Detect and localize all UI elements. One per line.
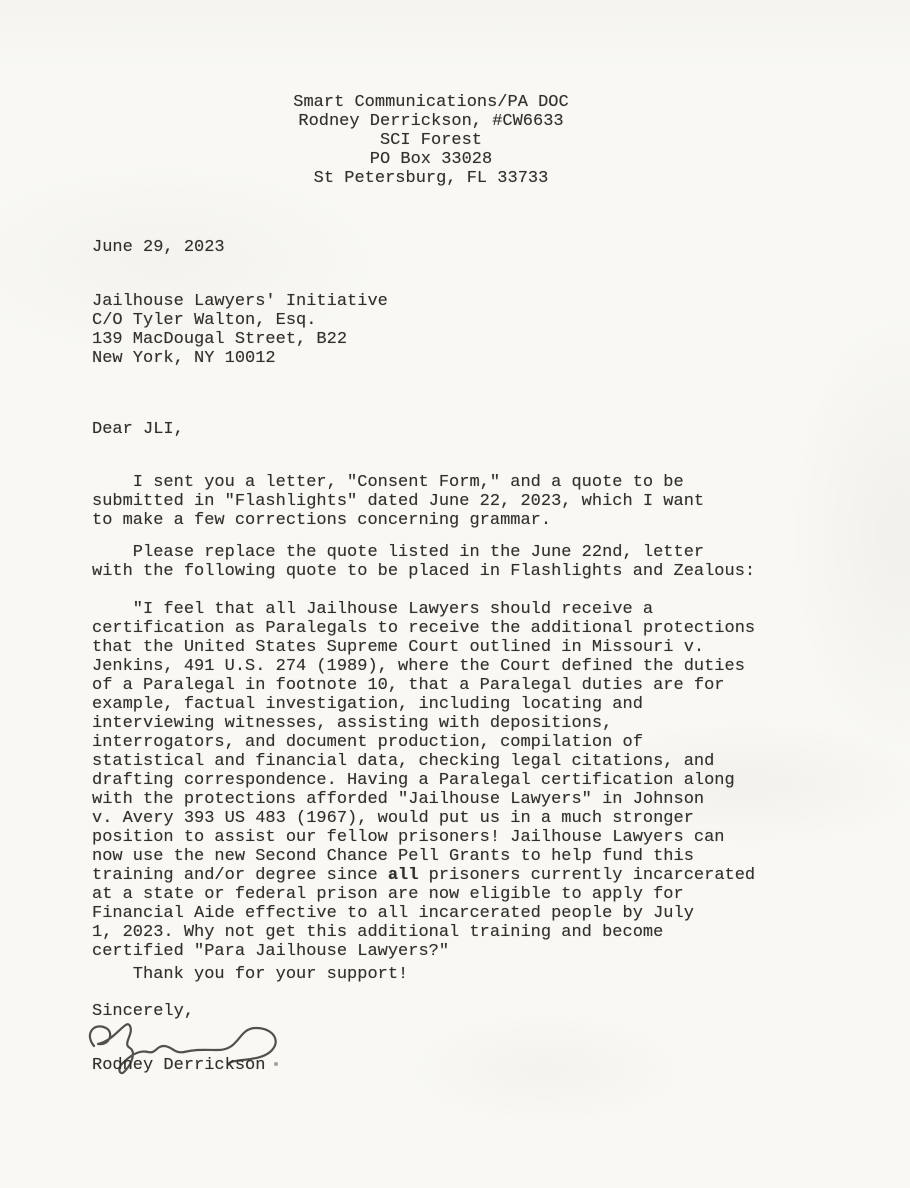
sender-line-pobox: PO Box 33028 — [95, 150, 767, 169]
thanks-line: Thank you for your support! — [92, 965, 408, 984]
sender-line-name: Rodney Derrickson, #CW6633 — [95, 112, 767, 131]
quote-text-part1: "I feel that all Jailhouse Lawyers shoul… — [92, 600, 755, 885]
scanned-letter-page: Smart Communications/PA DOC Rodney Derri… — [0, 0, 910, 1188]
recipient-line-street: 139 MacDougal Street, B22 — [92, 330, 388, 349]
sender-line-service: Smart Communications/PA DOC — [95, 93, 767, 112]
salutation: Dear JLI, — [92, 420, 184, 439]
recipient-address-block: Jailhouse Lawyers' Initiative C/O Tyler … — [92, 292, 388, 368]
recipient-line-org: Jailhouse Lawyers' Initiative — [92, 292, 388, 311]
sender-line-city: St Petersburg, FL 33733 — [95, 169, 767, 188]
stray-ink-dot — [274, 1062, 278, 1066]
date-line: June 29, 2023 — [92, 238, 225, 257]
paragraph-quote-body: "I feel that all Jailhouse Lawyers shoul… — [92, 600, 755, 961]
recipient-line-care-of: C/O Tyler Walton, Esq. — [92, 311, 388, 330]
quote-bold-word: all — [388, 866, 419, 885]
sender-line-facility: SCI Forest — [95, 131, 767, 150]
sender-address-block: Smart Communications/PA DOC Rodney Derri… — [95, 93, 767, 188]
paragraph-corrections-intro: I sent you a letter, "Consent Form," and… — [92, 473, 704, 530]
recipient-line-city: New York, NY 10012 — [92, 349, 388, 368]
typed-signature-name: Rodney Derrickson — [92, 1056, 265, 1075]
paragraph-replace-request: Please replace the quote listed in the J… — [92, 543, 755, 581]
